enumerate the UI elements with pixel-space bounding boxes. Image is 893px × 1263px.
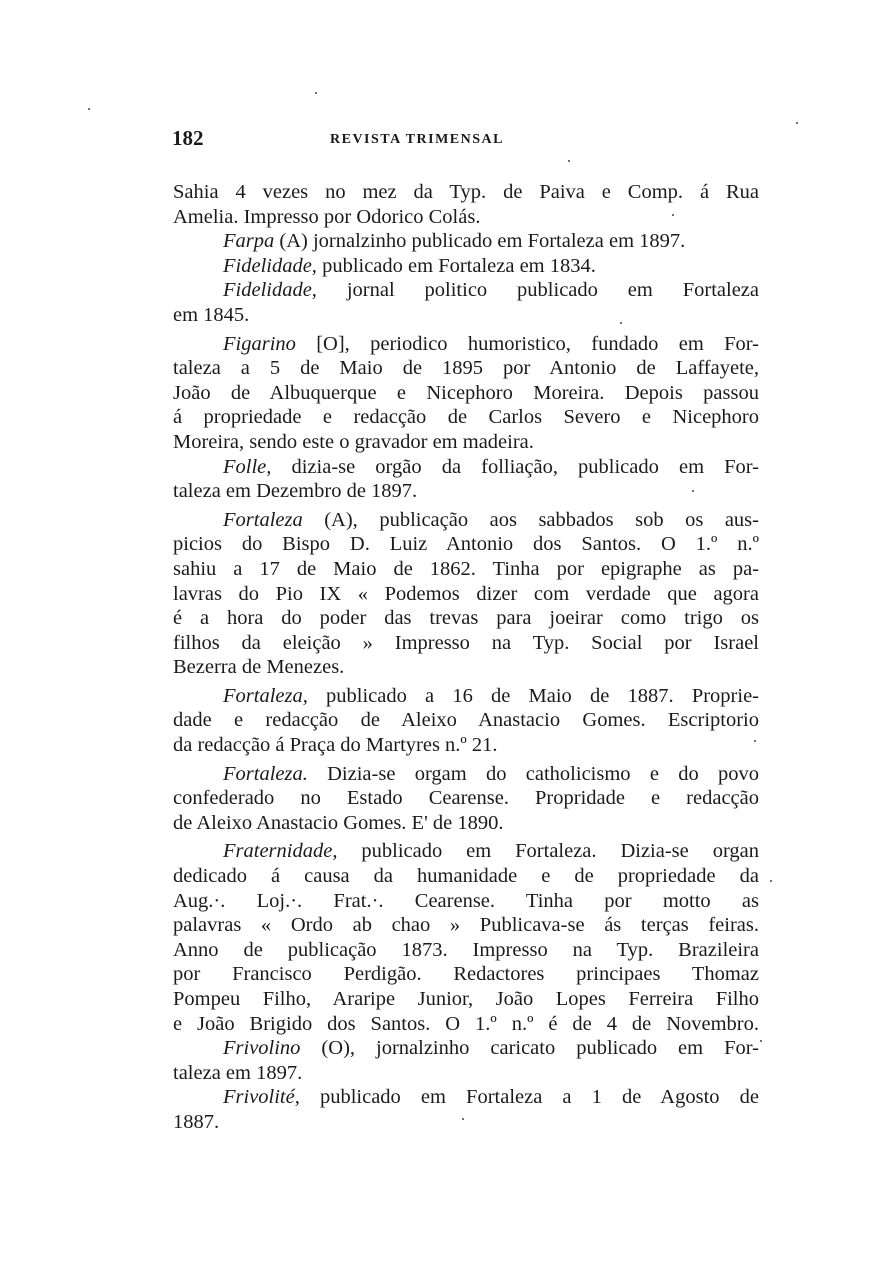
body-text: Sahia 4 vezes no mez da Typ. de Paiva e … bbox=[173, 180, 759, 1135]
entry-title: Farpa bbox=[223, 230, 274, 252]
scan-speck bbox=[462, 1118, 464, 1120]
text-line: Fidelidade, jornal politico publicado em… bbox=[173, 278, 759, 303]
text-line: por Francisco Perdigão. Redactores princ… bbox=[173, 962, 759, 987]
text-line: palavras « Ordo ab chao » Publicava-se á… bbox=[173, 913, 759, 938]
scan-speck bbox=[672, 214, 674, 216]
text-line: Anno de publicação 1873. Impresso na Typ… bbox=[173, 938, 759, 963]
text-line: Fortaleza. Dizia-se orgam do catholicism… bbox=[173, 762, 759, 787]
entry-title: Fidelidade, bbox=[223, 255, 317, 277]
text-line: Fortaleza, publicado a 16 de Maio de 188… bbox=[173, 684, 759, 709]
scan-speck bbox=[692, 490, 694, 492]
entry-title: Figarino bbox=[223, 333, 296, 355]
text-line: Sahia 4 vezes no mez da Typ. de Paiva e … bbox=[173, 180, 759, 205]
text-line: filhos da eleição » Impresso na Typ. Soc… bbox=[173, 631, 759, 656]
text-line: Frivolité, publicado em Fortaleza a 1 de… bbox=[173, 1085, 759, 1110]
text-line: Amelia. Impresso por Odorico Colás. bbox=[173, 205, 759, 230]
entry-fortaleza-1890: Fortaleza. Dizia-se orgam do catholicism… bbox=[173, 762, 759, 836]
entry-frivolino: Frivolino (O), jornalzinho caricato publ… bbox=[173, 1036, 759, 1085]
text-line: Fidelidade, publicado em Fortaleza em 18… bbox=[173, 254, 759, 279]
entry-text: publicado em Fortaleza em 1834. bbox=[317, 255, 596, 277]
text-line: confederado no Estado Cearense. Proprida… bbox=[173, 786, 759, 811]
text-line: em 1845. bbox=[173, 303, 759, 328]
entry-title: Fortaleza. bbox=[223, 763, 308, 785]
scanned-page: 182 REVISTA TRIMENSAL Sahia 4 vezes no m… bbox=[0, 0, 893, 1263]
entry-title: Frivolino bbox=[223, 1037, 300, 1059]
entry-frivolite: Frivolité, publicado em Fortaleza a 1 de… bbox=[173, 1085, 759, 1134]
text-line: é a hora do poder das trevas para joeira… bbox=[173, 606, 759, 631]
text-line: dedicado á causa da humanidade e de prop… bbox=[173, 864, 759, 889]
scan-speck bbox=[568, 160, 570, 162]
entry-text: (A) jornalzinho publicado em Fortaleza e… bbox=[274, 230, 685, 252]
entry-text: publicado em Fortaleza. Dizia-se organ bbox=[337, 840, 759, 862]
journal-title: REVISTA TRIMENSAL bbox=[330, 132, 504, 148]
entry-text: jornal politico publicado em Fortaleza bbox=[317, 279, 759, 301]
page-number: 182 bbox=[172, 126, 204, 151]
text-line: João de Albuquerque e Nicephoro Moreira.… bbox=[173, 381, 759, 406]
scan-speck bbox=[770, 880, 772, 882]
entry-continuation: Sahia 4 vezes no mez da Typ. de Paiva e … bbox=[173, 180, 759, 229]
entry-fraternidade: Fraternidade, publicado em Fortaleza. Di… bbox=[173, 839, 759, 1036]
text-line: dade e redacção de Aleixo Anastacio Gome… bbox=[173, 708, 759, 733]
text-line: sahiu a 17 de Maio de 1862. Tinha por ep… bbox=[173, 557, 759, 582]
scan-speck bbox=[754, 740, 756, 742]
scan-speck bbox=[315, 92, 317, 94]
scan-speck bbox=[796, 122, 798, 124]
entry-text: dizia-se orgão da folliação, publicado e… bbox=[271, 456, 759, 478]
entry-fortaleza-1862: Fortaleza (A), publicação aos sabbados s… bbox=[173, 508, 759, 680]
entry-fidelidade-1845: Fidelidade, jornal politico publicado em… bbox=[173, 278, 759, 327]
entry-folle: Folle, dizia-se orgão da folliação, publ… bbox=[173, 455, 759, 504]
scan-speck bbox=[760, 1040, 762, 1042]
text-line: taleza a 5 de Maio de 1895 por Antonio d… bbox=[173, 356, 759, 381]
text-line: lavras do Pio IX « Podemos dizer com ver… bbox=[173, 582, 759, 607]
text-line: Folle, dizia-se orgão da folliação, publ… bbox=[173, 455, 759, 480]
text-line: Pompeu Filho, Araripe Junior, João Lopes… bbox=[173, 987, 759, 1012]
text-line: á propriedade e redacção de Carlos Sever… bbox=[173, 405, 759, 430]
entry-text: Dizia-se orgam do catholicismo e do povo bbox=[308, 763, 759, 785]
entry-text: (O), jornalzinho caricato publicado em F… bbox=[300, 1037, 759, 1059]
entry-title: Fortaleza bbox=[223, 509, 303, 531]
text-line: Figarino [O], periodico humoristico, fun… bbox=[173, 332, 759, 357]
text-line: Aug.·. Loj.·. Frat.·. Cearense. Tinha po… bbox=[173, 889, 759, 914]
text-line: Fortaleza (A), publicação aos sabbados s… bbox=[173, 508, 759, 533]
entry-text: publicado a 16 de Maio de 1887. Proprie- bbox=[308, 685, 759, 707]
text-line: e João Brigido dos Santos. O 1.º n.º é d… bbox=[173, 1012, 759, 1037]
entry-fortaleza-1887: Fortaleza, publicado a 16 de Maio de 188… bbox=[173, 684, 759, 758]
scan-speck bbox=[620, 322, 622, 324]
entry-text: publicado em Fortaleza a 1 de Agosto de bbox=[300, 1086, 759, 1108]
text-line: Fraternidade, publicado em Fortaleza. Di… bbox=[173, 839, 759, 864]
entry-figarino: Figarino [O], periodico humoristico, fun… bbox=[173, 332, 759, 455]
entry-title: Fidelidade, bbox=[223, 279, 317, 301]
text-line: da redacção á Praça do Martyres n.º 21. bbox=[173, 733, 759, 758]
text-line: Bezerra de Menezes. bbox=[173, 655, 759, 680]
text-line: Moreira, sendo este o gravador em madeir… bbox=[173, 430, 759, 455]
entry-title: Fraternidade, bbox=[223, 840, 337, 862]
entry-text: (A), publicação aos sabbados sob os aus- bbox=[303, 509, 759, 531]
text-line: Frivolino (O), jornalzinho caricato publ… bbox=[173, 1036, 759, 1061]
entry-title: Fortaleza, bbox=[223, 685, 308, 707]
entry-farpa: Farpa (A) jornalzinho publicado em Forta… bbox=[173, 229, 759, 254]
entry-title: Folle, bbox=[223, 456, 271, 478]
text-line: 1887. bbox=[173, 1110, 759, 1135]
text-line: taleza em Dezembro de 1897. bbox=[173, 479, 759, 504]
entry-fidelidade-1834: Fidelidade, publicado em Fortaleza em 18… bbox=[173, 254, 759, 279]
text-line: de Aleixo Anastacio Gomes. E' de 1890. bbox=[173, 811, 759, 836]
scan-speck bbox=[88, 108, 90, 110]
text-line: picios do Bispo D. Luiz Antonio dos Sant… bbox=[173, 532, 759, 557]
text-line: Farpa (A) jornalzinho publicado em Forta… bbox=[173, 229, 759, 254]
text-line: taleza em 1897. bbox=[173, 1061, 759, 1086]
entry-title: Frivolité, bbox=[223, 1086, 300, 1108]
running-head: 182 REVISTA TRIMENSAL bbox=[172, 126, 762, 156]
entry-text: [O], periodico humoristico, fundado em F… bbox=[296, 333, 759, 355]
